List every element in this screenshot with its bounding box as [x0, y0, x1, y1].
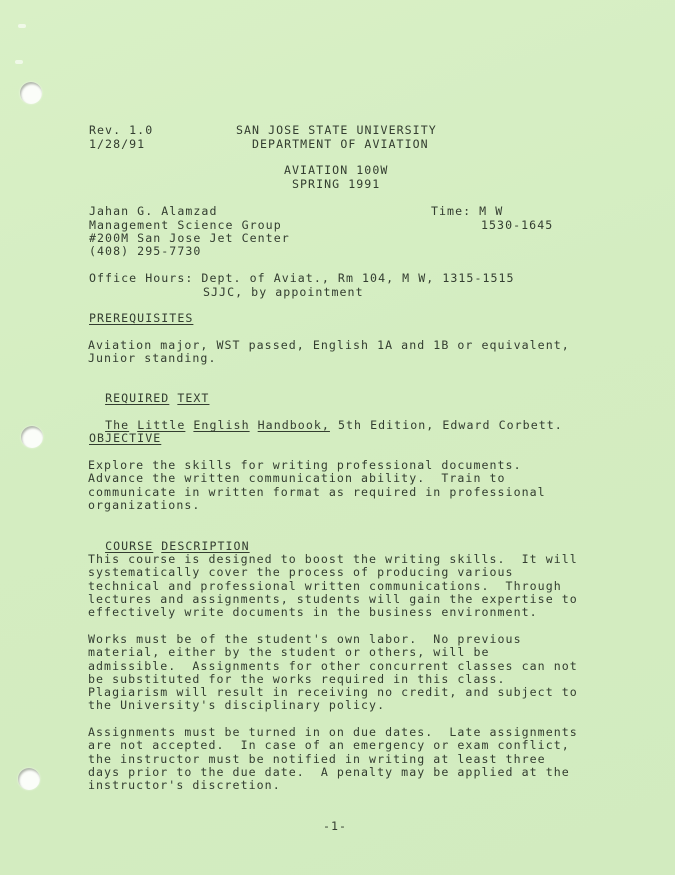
- integrity-line: Works must be of the student's own labor…: [88, 633, 578, 646]
- course-title: AVIATION 100W: [284, 164, 388, 177]
- revision-date: 1/28/91: [89, 138, 145, 151]
- late-policy-line: instructor's discretion.: [88, 779, 578, 792]
- objective-paragraph: Explore the skills for writing professio…: [88, 459, 546, 512]
- integrity-line: Plagiarism will result in receiving no c…: [88, 686, 578, 699]
- office-hours-line1: Office Hours: Dept. of Aviat., Rm 104, M…: [89, 272, 515, 285]
- description-line: effectively write documents in the busin…: [88, 606, 578, 619]
- prerequisites-heading: PREREQUISITES: [89, 312, 193, 325]
- integrity-line: the University's disciplinary policy.: [88, 699, 578, 712]
- revision-label: Rev. 1.0: [89, 124, 153, 137]
- description-line: lectures and assignments, students will …: [88, 593, 578, 606]
- binder-hole-top: [20, 82, 42, 104]
- integrity-line: be substituted for the works required in…: [88, 673, 578, 686]
- late-policy-paragraph: Assignments must be turned in on due dat…: [88, 726, 578, 792]
- course-description-paragraph: This course is designed to boost the wri…: [88, 553, 578, 619]
- class-time-value: 1530-1645: [481, 219, 553, 232]
- description-line: technical and professional written commu…: [88, 580, 578, 593]
- office-hours-line2: SJJC, by appointment: [203, 286, 364, 299]
- objective-line: Advance the written communication abilit…: [88, 472, 546, 485]
- integrity-line: material, either by the student or other…: [88, 646, 578, 659]
- page-number: -1-: [323, 820, 347, 833]
- heading-word: REQUIRED: [105, 391, 169, 405]
- instructor-name: Jahan G. Alamzad: [89, 205, 217, 218]
- description-line: systematically cover the process of prod…: [88, 566, 578, 579]
- book-title-word: English: [193, 418, 249, 432]
- class-time-label: Time: M W: [431, 205, 503, 218]
- prerequisites-line: Junior standing.: [88, 352, 216, 365]
- objective-heading: OBJECTIVE: [89, 432, 161, 445]
- description-line: This course is designed to boost the wri…: [88, 553, 578, 566]
- paper-scuff: [15, 60, 23, 64]
- book-title-word: Handbook,: [258, 418, 330, 432]
- objective-line: Explore the skills for writing professio…: [88, 459, 546, 472]
- late-policy-line: are not accepted. In case of an emergenc…: [88, 739, 578, 752]
- instructor-phone: (408) 295-7730: [89, 245, 201, 258]
- late-policy-line: the instructor must be notified in writi…: [88, 753, 578, 766]
- academic-integrity-paragraph: Works must be of the student's own labor…: [88, 633, 578, 713]
- integrity-line: admissible. Assignments for other concur…: [88, 660, 578, 673]
- objective-line: organizations.: [88, 499, 546, 512]
- required-text-heading: REQUIRED TEXT: [89, 379, 209, 406]
- book-edition-author: 5th Edition, Edward Corbett.: [330, 418, 563, 432]
- required-text-citation: The Little English Handbook, 5th Edition…: [89, 406, 563, 433]
- heading-word: TEXT: [177, 391, 209, 405]
- university-name: SAN JOSE STATE UNIVERSITY: [236, 124, 437, 137]
- course-term: SPRING 1991: [292, 178, 380, 191]
- binder-hole-middle: [21, 426, 43, 448]
- late-policy-line: Assignments must be turned in on due dat…: [88, 726, 578, 739]
- paper-scuff: [18, 24, 26, 28]
- binder-hole-bottom: [18, 768, 40, 790]
- course-description-heading: COURSE DESCRIPTION: [89, 527, 250, 554]
- late-policy-line: days prior to the due date. A penalty ma…: [88, 766, 578, 779]
- department-name: DEPARTMENT OF AVIATION: [252, 138, 429, 151]
- objective-line: communicate in written format as require…: [88, 486, 546, 499]
